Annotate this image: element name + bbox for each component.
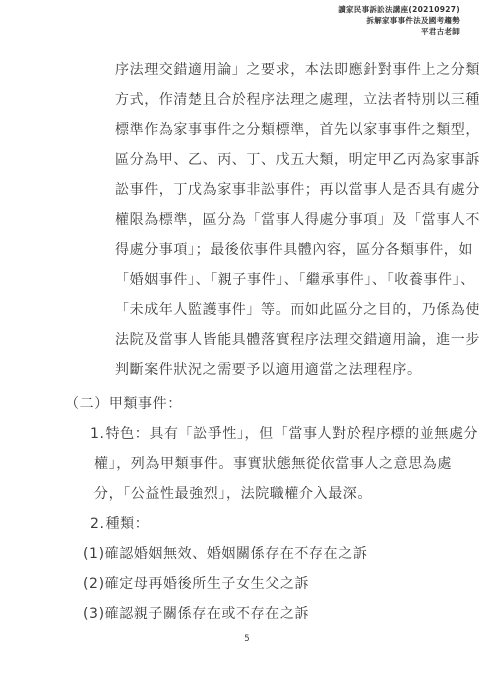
list-item-number: 2.: [90, 509, 105, 539]
sub-list-item: (3)確認親子關係存在或不存在之訴: [83, 599, 494, 629]
document-body: 序法理交錯適用論」之要求，本法即應針對事件上之分類 方式，作清楚且合於程序法理之…: [0, 55, 494, 629]
page-number: 5: [244, 634, 249, 644]
paragraph-line: 得處分事項」；最後依事件具體內容，區分各類事件，如: [115, 235, 494, 265]
paragraph-line: 「未成年人監護事件」等。而如此區分之目的，乃係為使: [115, 295, 494, 325]
list-item-text: 種類：: [106, 516, 150, 532]
list-item-continuation: 分，「公益性最強烈」，法院職權介入最深。: [94, 479, 494, 509]
list-item-number: 1.: [90, 419, 105, 449]
paragraph-line: 訟事件，丁戊為家事非訟事件；再以當事人是否具有處分: [115, 175, 494, 205]
paragraph-line: 序法理交錯適用論」之要求，本法即應針對事件上之分類: [115, 55, 494, 85]
list-item-text: 特色：具有「訟爭性」，但「當事人對於程序標的並無處分: [106, 426, 479, 442]
list-item: 1.特色：具有「訟爭性」，但「當事人對於程序標的並無處分: [90, 419, 494, 449]
page-header: 讀家民事訴訟法講座(20210927) 拆解家事事件法及國考趨勢 平君古老師: [338, 4, 460, 37]
header-instructor-name: 平君古老師: [338, 26, 460, 37]
section-label: （二）: [65, 389, 109, 419]
sub-list-item: (1)確認婚姻無效、婚姻關係存在不存在之訴: [83, 539, 494, 569]
section-heading: （二）甲類事件：: [65, 389, 494, 419]
paragraph-line: 法院及當事人皆能具體落實程序法理交錯適用論，進一步: [115, 325, 494, 355]
paragraph-line: 方式，作清楚且合於程序法理之處理，立法者特別以三種: [115, 85, 494, 115]
header-lecture-subtitle: 拆解家事事件法及國考趨勢: [338, 15, 460, 26]
list-item: 2.種類：: [90, 509, 494, 539]
document-page: 讀家民事訴訟法講座(20210927) 拆解家事事件法及國考趨勢 平君古老師 序…: [0, 0, 494, 700]
paragraph-line: 判斷案件狀況之需要予以適用適當之法理程序。: [115, 355, 494, 385]
paragraph-line: 區分為甲、乙、丙、丁、戊五大類，明定甲乙丙為家事訴: [115, 145, 494, 175]
paragraph-line: 權限為標準，區分為「當事人得處分事項」及「當事人不: [115, 205, 494, 235]
sub-list-item: (2)確定母再婚後所生子女生父之訴: [83, 569, 494, 599]
list-item-continuation: 權」，列為甲類事件。事實狀態無從依當事人之意思為處: [94, 449, 494, 479]
paragraph-line: 標準作為家事事件之分類標準，首先以家事事件之類型，: [115, 115, 494, 145]
paragraph-line: 「婚姻事件」、「親子事件」、「繼承事件」、「收養事件」、: [115, 265, 494, 295]
page-footer: 5: [0, 634, 494, 644]
header-course-title: 讀家民事訴訟法講座(20210927): [338, 4, 460, 15]
section-title: 甲類事件：: [109, 396, 182, 412]
